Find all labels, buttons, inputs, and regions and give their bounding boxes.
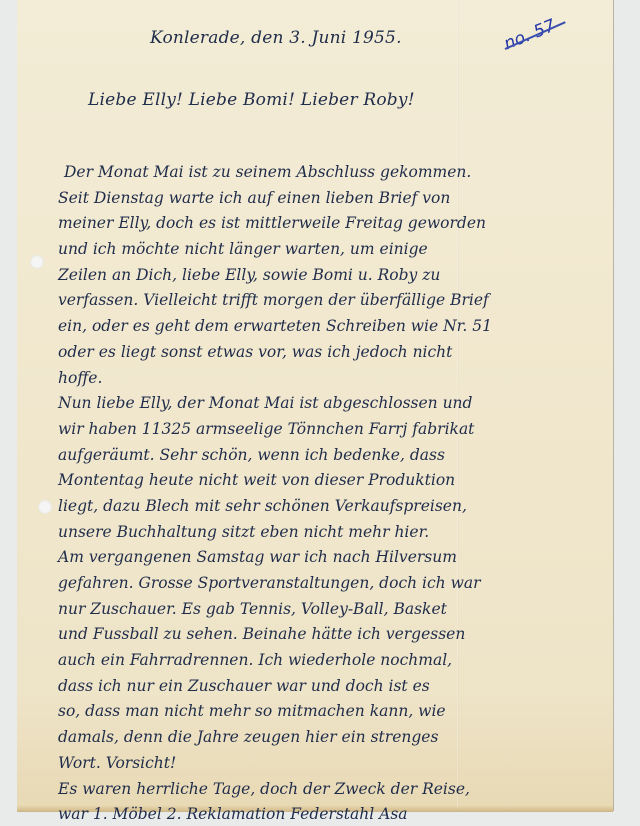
letter-line: so, dass man nicht mehr so mitmachen kan… [58,699,492,725]
letter-line: Seit Dienstag warte ich auf einen lieben… [58,186,492,212]
letter-line: meiner Elly, doch es ist mittlerweile Fr… [58,211,492,237]
punch-hole-icon [30,255,44,269]
punch-hole-icon [38,500,52,514]
letter-line: hoffe. [58,366,492,392]
letter-line: gefahren. Grosse Sportveranstaltungen, d… [58,571,492,597]
letter-body: Der Monat Mai ist zu seinem Abschluss ge… [58,160,492,826]
letter-line: Nun liebe Elly, der Monat Mai ist abgesc… [58,391,492,417]
letter-line: Es waren herrliche Tage, doch der Zweck … [58,777,492,803]
letter-line: Der Monat Mai ist zu seinem Abschluss ge… [64,160,492,186]
letter-line: Zeilen an Dich, liebe Elly, sowie Bomi u… [58,263,492,289]
letter-line: auch ein Fahrradrennen. Ich wiederhole n… [58,648,492,674]
letter-line: Am vergangenen Samstag war ich nach Hilv… [58,545,492,571]
letter-line: liegt, dazu Blech mit sehr schönen Verka… [58,494,492,520]
letter-line: dass ich nur ein Zuschauer war und doch … [58,674,492,700]
letter-line: oder es liegt sonst etwas vor, was ich j… [58,340,492,366]
letter-line: unsere Buchhaltung sitzt eben nicht mehr… [58,520,492,546]
letter-line: damals, denn die Jahre zeugen hier ein s… [58,725,492,751]
letter-line: wir haben 11325 armseelige Tönnchen Farr… [58,417,492,443]
letter-line: Montentag heute nicht weit von dieser Pr… [58,468,492,494]
letter-line: Wort. Vorsicht! [58,751,492,777]
salutation: Liebe Elly! Liebe Bomi! Lieber Roby! [88,90,415,110]
place-and-date: Konlerade, den 3. Juni 1955. [150,28,402,48]
letter-line: und ich möchte nicht länger warten, um e… [58,237,492,263]
letter-line: aufgeräumt. Sehr schön, wenn ich bedenke… [58,443,492,469]
letter-line: ein, oder es geht dem erwarteten Schreib… [58,314,492,340]
letter-line: verfassen. Vielleicht trifft morgen der … [58,288,492,314]
letter-line: nur Zuschauer. Es gab Tennis, Volley-Bal… [58,597,492,623]
letter-line: war 1. Möbel 2. Reklamation Federstahl A… [58,802,492,826]
letter-line: und Fussball zu sehen. Beinahe hätte ich… [58,622,492,648]
